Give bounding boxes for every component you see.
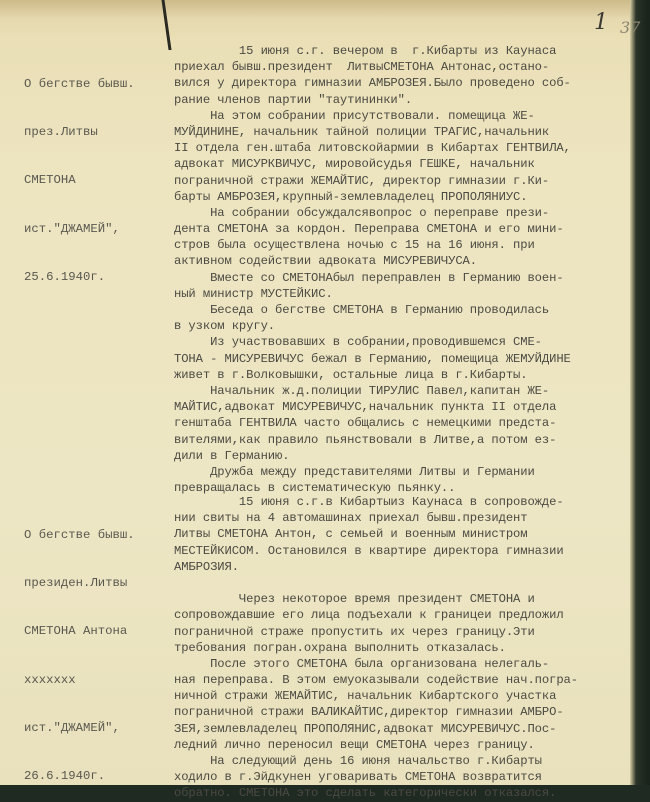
typed-line: пограничной страже пропустить их через г…: [174, 624, 634, 640]
report-paragraph-block-2: 15 июня с.г.в Кибартыиз Каунаса в сопров…: [174, 494, 634, 785]
typed-line: ная переправа. В этом емуоказывали содей…: [174, 672, 634, 688]
torn-top-edge: [0, 0, 650, 18]
typed-line: МАЙТИС,адвокат МИСУРЕВИЧУС,начальник пун…: [174, 399, 634, 415]
typed-line: 15 июня с.г. вечером в г.Кибарты из Каун…: [174, 43, 634, 59]
margin-line: президен.Литвы: [24, 575, 169, 591]
margin-line: ист."ДЖАМЕЙ",: [24, 221, 169, 237]
typed-line: дили в Германию.: [174, 448, 634, 464]
typed-line: ный министр МУСТЕЙКИС.: [174, 286, 634, 302]
margin-line: 25.6.1940г.: [24, 269, 169, 285]
typed-line: Вместе со СМЕТОНАбыл переправлен в Герма…: [174, 270, 634, 286]
typed-line: ТОНА - МИСУРЕВИЧУС бежал в Германию, пом…: [174, 351, 634, 367]
typed-line: рание членов партии "таутининки".: [174, 92, 634, 108]
margin-line: 26.6.1940г.: [24, 768, 169, 784]
margin-line: xxxxxxx: [24, 672, 169, 688]
typed-line: приехал бывш.президент ЛитвыСМЕТОНА Анто…: [174, 59, 634, 75]
typed-line: 15 июня с.г.в Кибартыиз Каунаса в сопров…: [174, 494, 634, 510]
typed-line: Беседа о бегстве СМЕТОНА в Германию пров…: [174, 302, 634, 318]
typed-line: Через некоторое время президент СМЕТОНА …: [174, 591, 634, 607]
typed-line: На собрании обсуждалсявопрос о переправе…: [174, 205, 634, 221]
margin-note-2: О бегстве бывш. президен.Литвы СМЕТОНА А…: [24, 495, 169, 785]
typed-line: пограничной стражи ВАЛИКАЙТИС,директор г…: [174, 704, 634, 720]
margin-line: СМЕТОНА Антона: [24, 623, 169, 639]
margin-line: О бегстве бывш.: [24, 527, 169, 543]
typed-line: активном содействии адвоката МИСУРЕВИЧУС…: [174, 253, 634, 269]
typed-line: МУЙДИНИНЕ, начальник тайной полиции ТРАГ…: [174, 124, 634, 140]
typed-line: ледний лично переносил вещи СМЕТОНА чере…: [174, 737, 634, 753]
typed-line: ничной стражи ЖЕМАЙТИС, начальник Кибарт…: [174, 688, 634, 704]
typed-line: ходило в г.Эйдкунен уговаривать СМЕТОНА …: [174, 769, 634, 785]
typed-line: в узком кругу.: [174, 318, 634, 334]
page-number: 1: [594, 10, 608, 35]
typed-line: ЗЕЯ,землевладелец ПРОПОЛЯНИС,адвокат МИС…: [174, 721, 634, 737]
typed-line: адвокат МИСУРКВИЧУС, мировойсудья ГЕШКЕ,…: [174, 156, 634, 172]
typed-line: пограничной стражи ЖЕМАЙТИС, директор ги…: [174, 173, 634, 189]
typed-line: После этого СМЕТОНА была организована не…: [174, 656, 634, 672]
margin-line: през.Литвы: [24, 124, 169, 140]
typed-line: Дружба между представителями Литвы и Гер…: [174, 464, 634, 480]
typed-line: генштаба ГЕНТВИЛА часто общались с немец…: [174, 415, 634, 431]
typed-line: барты АМБРОЗЕЯ,крупный-землевладелец ПРО…: [174, 189, 634, 205]
typed-line: живет в г.Волковышки, остальные лица в г…: [174, 367, 634, 383]
margin-line: О бегстве бывш.: [24, 76, 169, 92]
margin-line: ист."ДЖАМЕЙ",: [24, 720, 169, 736]
margin-note-1: О бегстве бывш. през.Литвы СМЕТОНА ист."…: [24, 44, 169, 301]
typed-line: На этом собрании присутствовали. помещиц…: [174, 108, 634, 124]
typed-line: вителями,как правило пьянствовали в Литв…: [174, 432, 634, 448]
archive-folio-number: 37: [620, 18, 640, 37]
typed-line: требования погран.охрана выполнить отказ…: [174, 640, 634, 656]
typed-line: Литвы СМЕТОНА Антон, с семьей и военным …: [174, 526, 634, 542]
typed-line: дента СМЕТОНА за кордон. Переправа СМЕТО…: [174, 221, 634, 237]
margin-line: СМЕТОНА: [24, 172, 169, 188]
typed-line: стров была осуществлена ночью с 15 на 16…: [174, 237, 634, 253]
typed-line: сопровождавшие его лица подъехали к гран…: [174, 607, 634, 623]
typed-line: Из участвовавших в собрании,проводившемс…: [174, 334, 634, 350]
report-paragraph-block-1: 15 июня с.г. вечером в г.Кибарты из Каун…: [174, 43, 634, 496]
typed-line: Начальник ж.д.полиции ТИРУЛИС Павел,капи…: [174, 383, 634, 399]
typed-line: [174, 575, 634, 591]
typed-line: МЕСТЕЙКИСОМ. Остановился в квартире дире…: [174, 543, 634, 559]
typed-line: вился у директора гимназии АМБРОЗЕЯ.Было…: [174, 75, 634, 91]
typed-line: II отдела ген.штаба литовскойармии в Киб…: [174, 140, 634, 156]
typed-line: нии свиты на 4 автомашинах приехал бывш.…: [174, 510, 634, 526]
typed-line: На следующий день 16 июня начальство г.К…: [174, 753, 634, 769]
typed-line: АМБРОЗИЯ.: [174, 559, 634, 575]
